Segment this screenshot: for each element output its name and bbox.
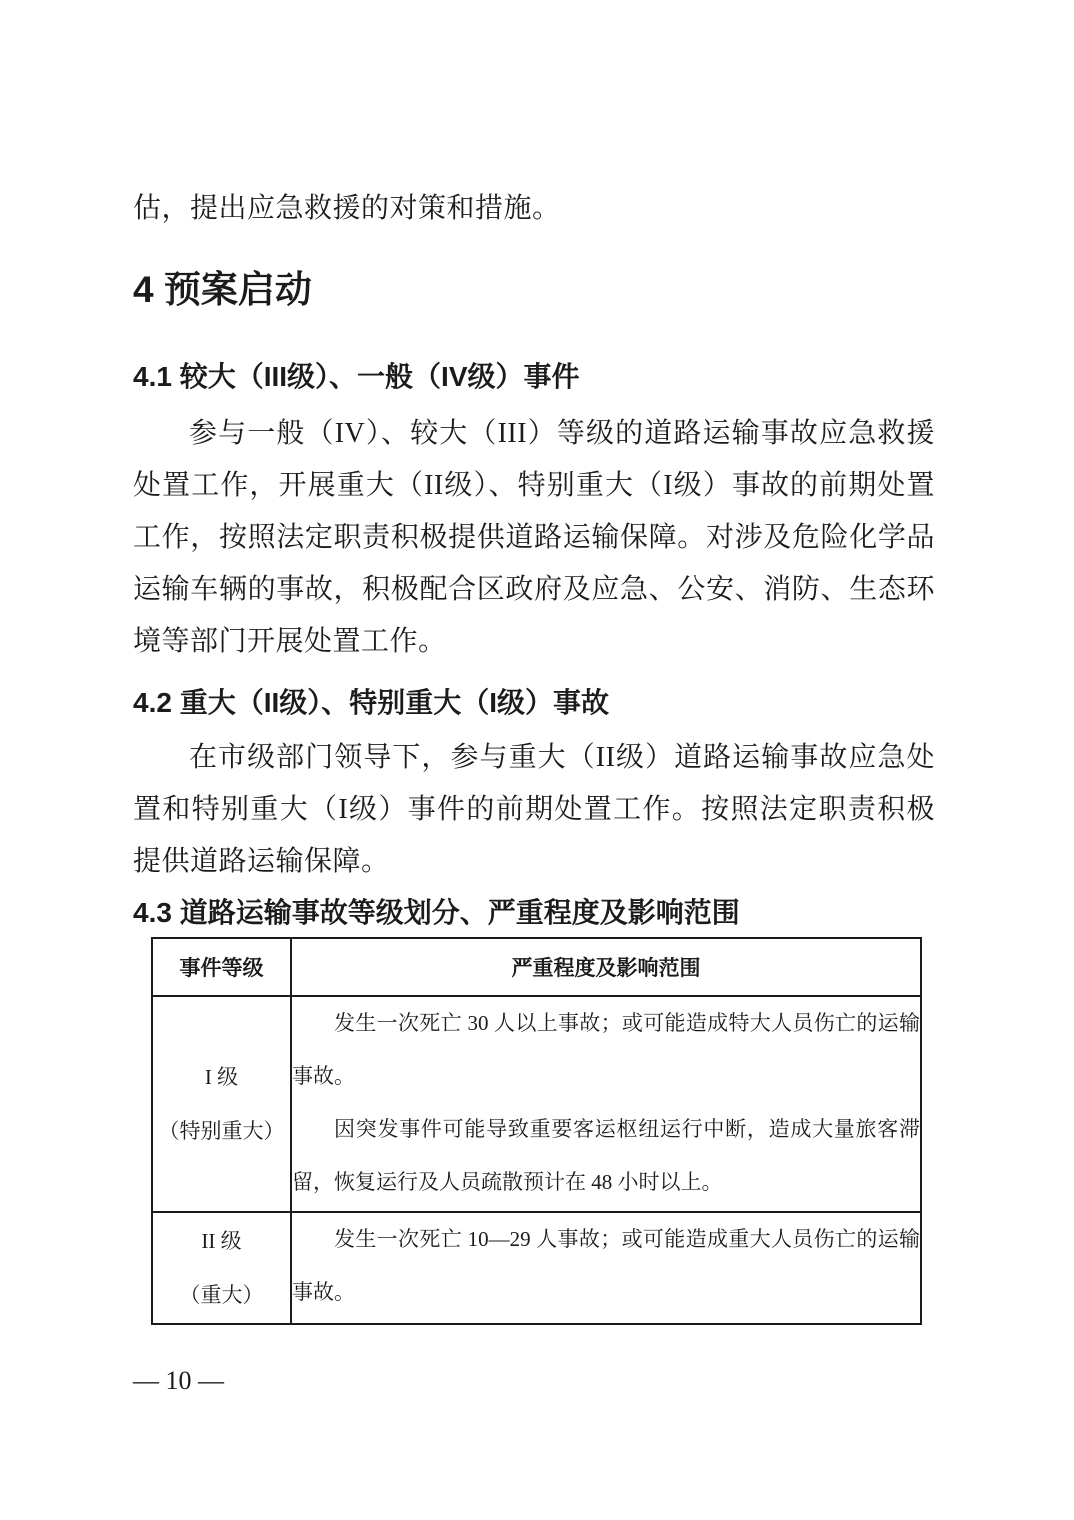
section-4-2-paragraph: 在市级部门领导下，参与重大（II级）道路运输事故应急处置和特别重大（I级）事件的… [133,732,935,888]
page-number: — 10 — [133,1366,224,1396]
level-label: II 级 [153,1214,290,1268]
intro-paragraph: 估，提出应急救援的对策和措施。 [133,183,935,235]
table-row-level-1: I 级 （特别重大） 发生一次死亡 30 人以上事故；或可能造成特大人员伤亡的运… [152,996,921,1212]
table-header-severity-scope: 严重程度及影响范围 [291,938,921,996]
chapter-heading: 4 预案启动 [133,268,312,312]
section-heading-4-2: 4.2 重大（II级）、特别重大（I级）事故 [133,684,609,722]
description-paragraph: 发生一次死亡 30 人以上事故；或可能造成特大人员伤亡的运输事故。 [292,997,920,1103]
section-heading-4-1: 4.1 较大（III级）、一般（IV级）事件 [133,358,580,396]
severity-table: 事件等级 严重程度及影响范围 I 级 （特别重大） 发生一次死亡 30 人以上事… [151,937,922,1325]
level-sublabel: （特别重大） [153,1104,290,1158]
table-row-level-2: II 级 （重大） 发生一次死亡 10—29 人事故；或可能造成重大人员伤亡的运… [152,1212,921,1324]
table-header-event-level: 事件等级 [152,938,291,996]
severity-table-header-row: 事件等级 严重程度及影响范围 [152,938,921,996]
description-paragraph: 发生一次死亡 10—29 人事故；或可能造成重大人员伤亡的运输事故。 [292,1213,920,1319]
description-cell-2: 发生一次死亡 10—29 人事故；或可能造成重大人员伤亡的运输事故。 [291,1212,921,1324]
level-sublabel: （重大） [153,1268,290,1322]
section-4-1-paragraph: 参与一般（IV）、较大（III）等级的道路运输事故应急救援处置工作，开展重大（I… [133,408,935,668]
document-page: 估，提出应急救援的对策和措施。 4 预案启动 4.1 较大（III级）、一般（I… [0,0,1074,1520]
level-cell-1: I 级 （特别重大） [152,996,291,1212]
description-paragraph: 因突发事件可能导致重要客运枢纽运行中断，造成大量旅客滞留，恢复运行及人员疏散预计… [292,1103,920,1209]
section-heading-4-3: 4.3 道路运输事故等级划分、严重程度及影响范围 [133,894,740,932]
description-cell-1: 发生一次死亡 30 人以上事故；或可能造成特大人员伤亡的运输事故。 因突发事件可… [291,996,921,1212]
level-label: I 级 [153,1050,290,1104]
level-cell-2: II 级 （重大） [152,1212,291,1324]
